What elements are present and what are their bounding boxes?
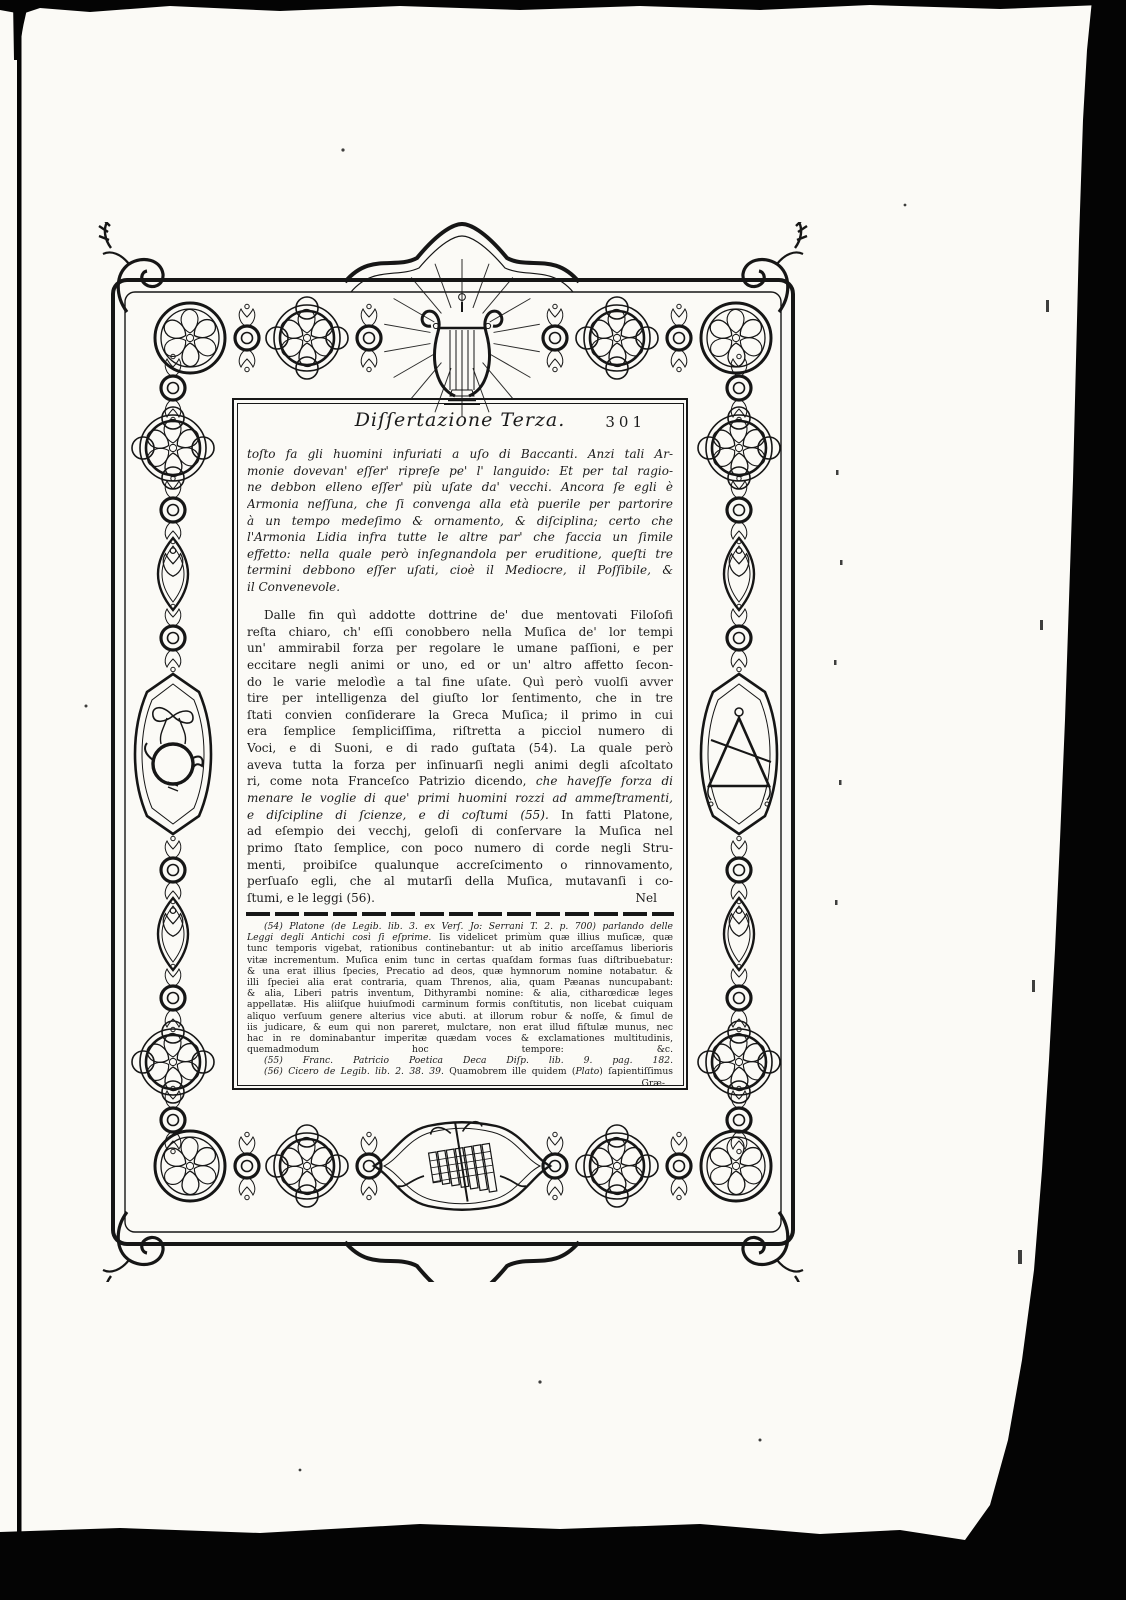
footnote-line: hac in re dominabantur imperitæ quædam v… [247, 1033, 673, 1044]
footnote-line: appellatæ. His aliiſque huiuſmodi carmin… [247, 999, 673, 1010]
footnote-divider [246, 912, 674, 916]
body-line: ri, come nota Franceſco Patrizio dicendo… [247, 773, 673, 790]
lyre-sunburst-icon [384, 259, 540, 417]
body-line: ad eſempio dei vecchj, geloſi di conſerv… [247, 823, 673, 840]
footnotes: (54) Platone (de Legib. lib. 3. ex Verſ.… [247, 921, 673, 1089]
book-page-scan: Diſſertazione Terza. 301 toſto fa gli hu… [0, 0, 1126, 1600]
scan-blob-top-left [13, 0, 29, 60]
footnote-line: iis judicare, & eum qui non pareret, mul… [247, 1022, 673, 1033]
footnote-line: quemadmodum hoc tempore: &c. [247, 1044, 673, 1055]
footnote-segment: Iis videlicet primùm quæ illius muſicæ, … [431, 932, 673, 943]
body-line: menti, proibiſce qualunque accreſcimento… [247, 857, 673, 874]
text-panel: Diſſertazione Terza. 301 toſto fa gli hu… [232, 398, 688, 1090]
body-line: ſtumi, e le leggi (56). Nel [247, 890, 673, 907]
footnote-line: (56) Cicero de Legib. lib. 2. 38. 39. Qu… [247, 1066, 673, 1077]
body-line: monie dovevan' eſſer' ripreſe pe' l' lan… [247, 463, 673, 480]
footnote-line: (55) Franc. Patricio Poetica Deca Diſp. … [247, 1055, 673, 1066]
body-line: ne debbon elleno eſſer' più uſate da' ve… [247, 479, 673, 496]
body-line: à un tempo medeſimo & ornamento, & diſci… [247, 513, 673, 530]
paragraph-2: Dalle fin quì addotte dottrine de' due m… [247, 607, 673, 907]
body-line: l'Armonia Lidia infra tutte le altre par… [247, 529, 673, 546]
body-line: primo ſtato ſemplice, con poco numero di… [247, 840, 673, 857]
quotation-line: menare le voglie di que' primi huomini r… [247, 790, 673, 807]
body-line: Armonia neſſuna, che ſi convenga alla et… [247, 496, 673, 513]
footnote-line: tunc temporis vigebat, rationibus contin… [247, 943, 673, 954]
body-line: il Convenevole. [247, 579, 673, 596]
body-line: e diſcipline di ſcienze, e di coſtumi (5… [247, 807, 673, 824]
right-border-column [698, 354, 780, 1153]
body-line: toſto fa gli huomini infuriati a uſo di … [247, 446, 673, 463]
footnote-segment: Quamobrem ille quidem ( [444, 1066, 576, 1077]
quotation-segment: e diſcipline di ſcienze, e di coſtumi (5… [247, 808, 561, 822]
quotation-segment: che haveſſe forza di [536, 774, 673, 788]
body-segment: In fatti Platone, [561, 808, 673, 822]
footnote-line: vitæ incrementum. Muſica enim tunc in ce… [247, 955, 673, 966]
body-line: termini debbono eſſer uſati, cioè il Med… [247, 562, 673, 579]
footnote-segment: ) ſapientiſſimus [599, 1066, 673, 1077]
body-line: aveva tutta la forza per inſinuarſi negl… [247, 757, 673, 774]
footnote-line: & alia, Liberi patris inventum, Dithyram… [247, 988, 673, 999]
body-segment: ri, come nota Franceſco Patrizio dicendo… [247, 774, 536, 788]
body-line: tire per intelligenza del giuſto lor ſen… [247, 690, 673, 707]
body-line: do le varie melodìe a tal fine uſate. Qu… [247, 674, 673, 691]
footnote-segment: (56) Cicero de Legib. lib. 2. 38. 39. [264, 1066, 444, 1077]
body-line: Dalle fin quì addotte dottrine de' due m… [247, 607, 673, 624]
footnote-line: aliquo verſuum genere alterius vice abut… [247, 1011, 673, 1022]
left-border-column [132, 354, 214, 1153]
pan-pipes-icon [374, 1118, 550, 1210]
body-line: eccitare negli animi or uno, ed or un' a… [247, 657, 673, 674]
body-segment: ſtumi, e le leggi (56). [247, 890, 375, 907]
body-line: Voci, e di Suoni, e di rado guſtata (54)… [247, 740, 673, 757]
page-number: 301 [605, 413, 646, 431]
body-line: un' ammirabil forza per regolare le uman… [247, 640, 673, 657]
paragraph-1: toſto fa gli huomini infuriati a uſo di … [247, 446, 673, 596]
catchword: Græ- [247, 1078, 673, 1089]
body-line: reſta chiaro, ch' eſſi conobbero nella M… [247, 624, 673, 641]
footnote-line: Leggi degli Antichi così ſi eſprime. Iis… [247, 932, 673, 943]
footnote-segment: Plato [575, 1066, 599, 1077]
triangle-instrument-icon [701, 674, 777, 834]
body-line: perſuaſo egli, che al mutarſi della Muſi… [247, 873, 673, 890]
footnote-line: illi ſpeciei alia erat contraria, quam T… [247, 977, 673, 988]
footnote-line: & una erat illius ſpecies, Precatio ad d… [247, 966, 673, 977]
scan-edge-top [0, 0, 1126, 14]
body-line: era ſemplice ſempliciſſima, riſtretta a … [247, 723, 673, 740]
hunting-horn-icon [135, 674, 211, 834]
body-line: effetto: nella quale però inſegnandola p… [247, 546, 673, 563]
footnote-segment: Leggi degli Antichi così ſi eſprime. [247, 932, 431, 943]
scan-fold-line-left [17, 0, 22, 1545]
body-line: ſtati convien conſiderare la Greca Muſic… [247, 707, 673, 724]
footnote-line: (54) Platone (de Legib. lib. 3. ex Verſ.… [247, 921, 673, 932]
catchword: Nel [636, 890, 673, 907]
